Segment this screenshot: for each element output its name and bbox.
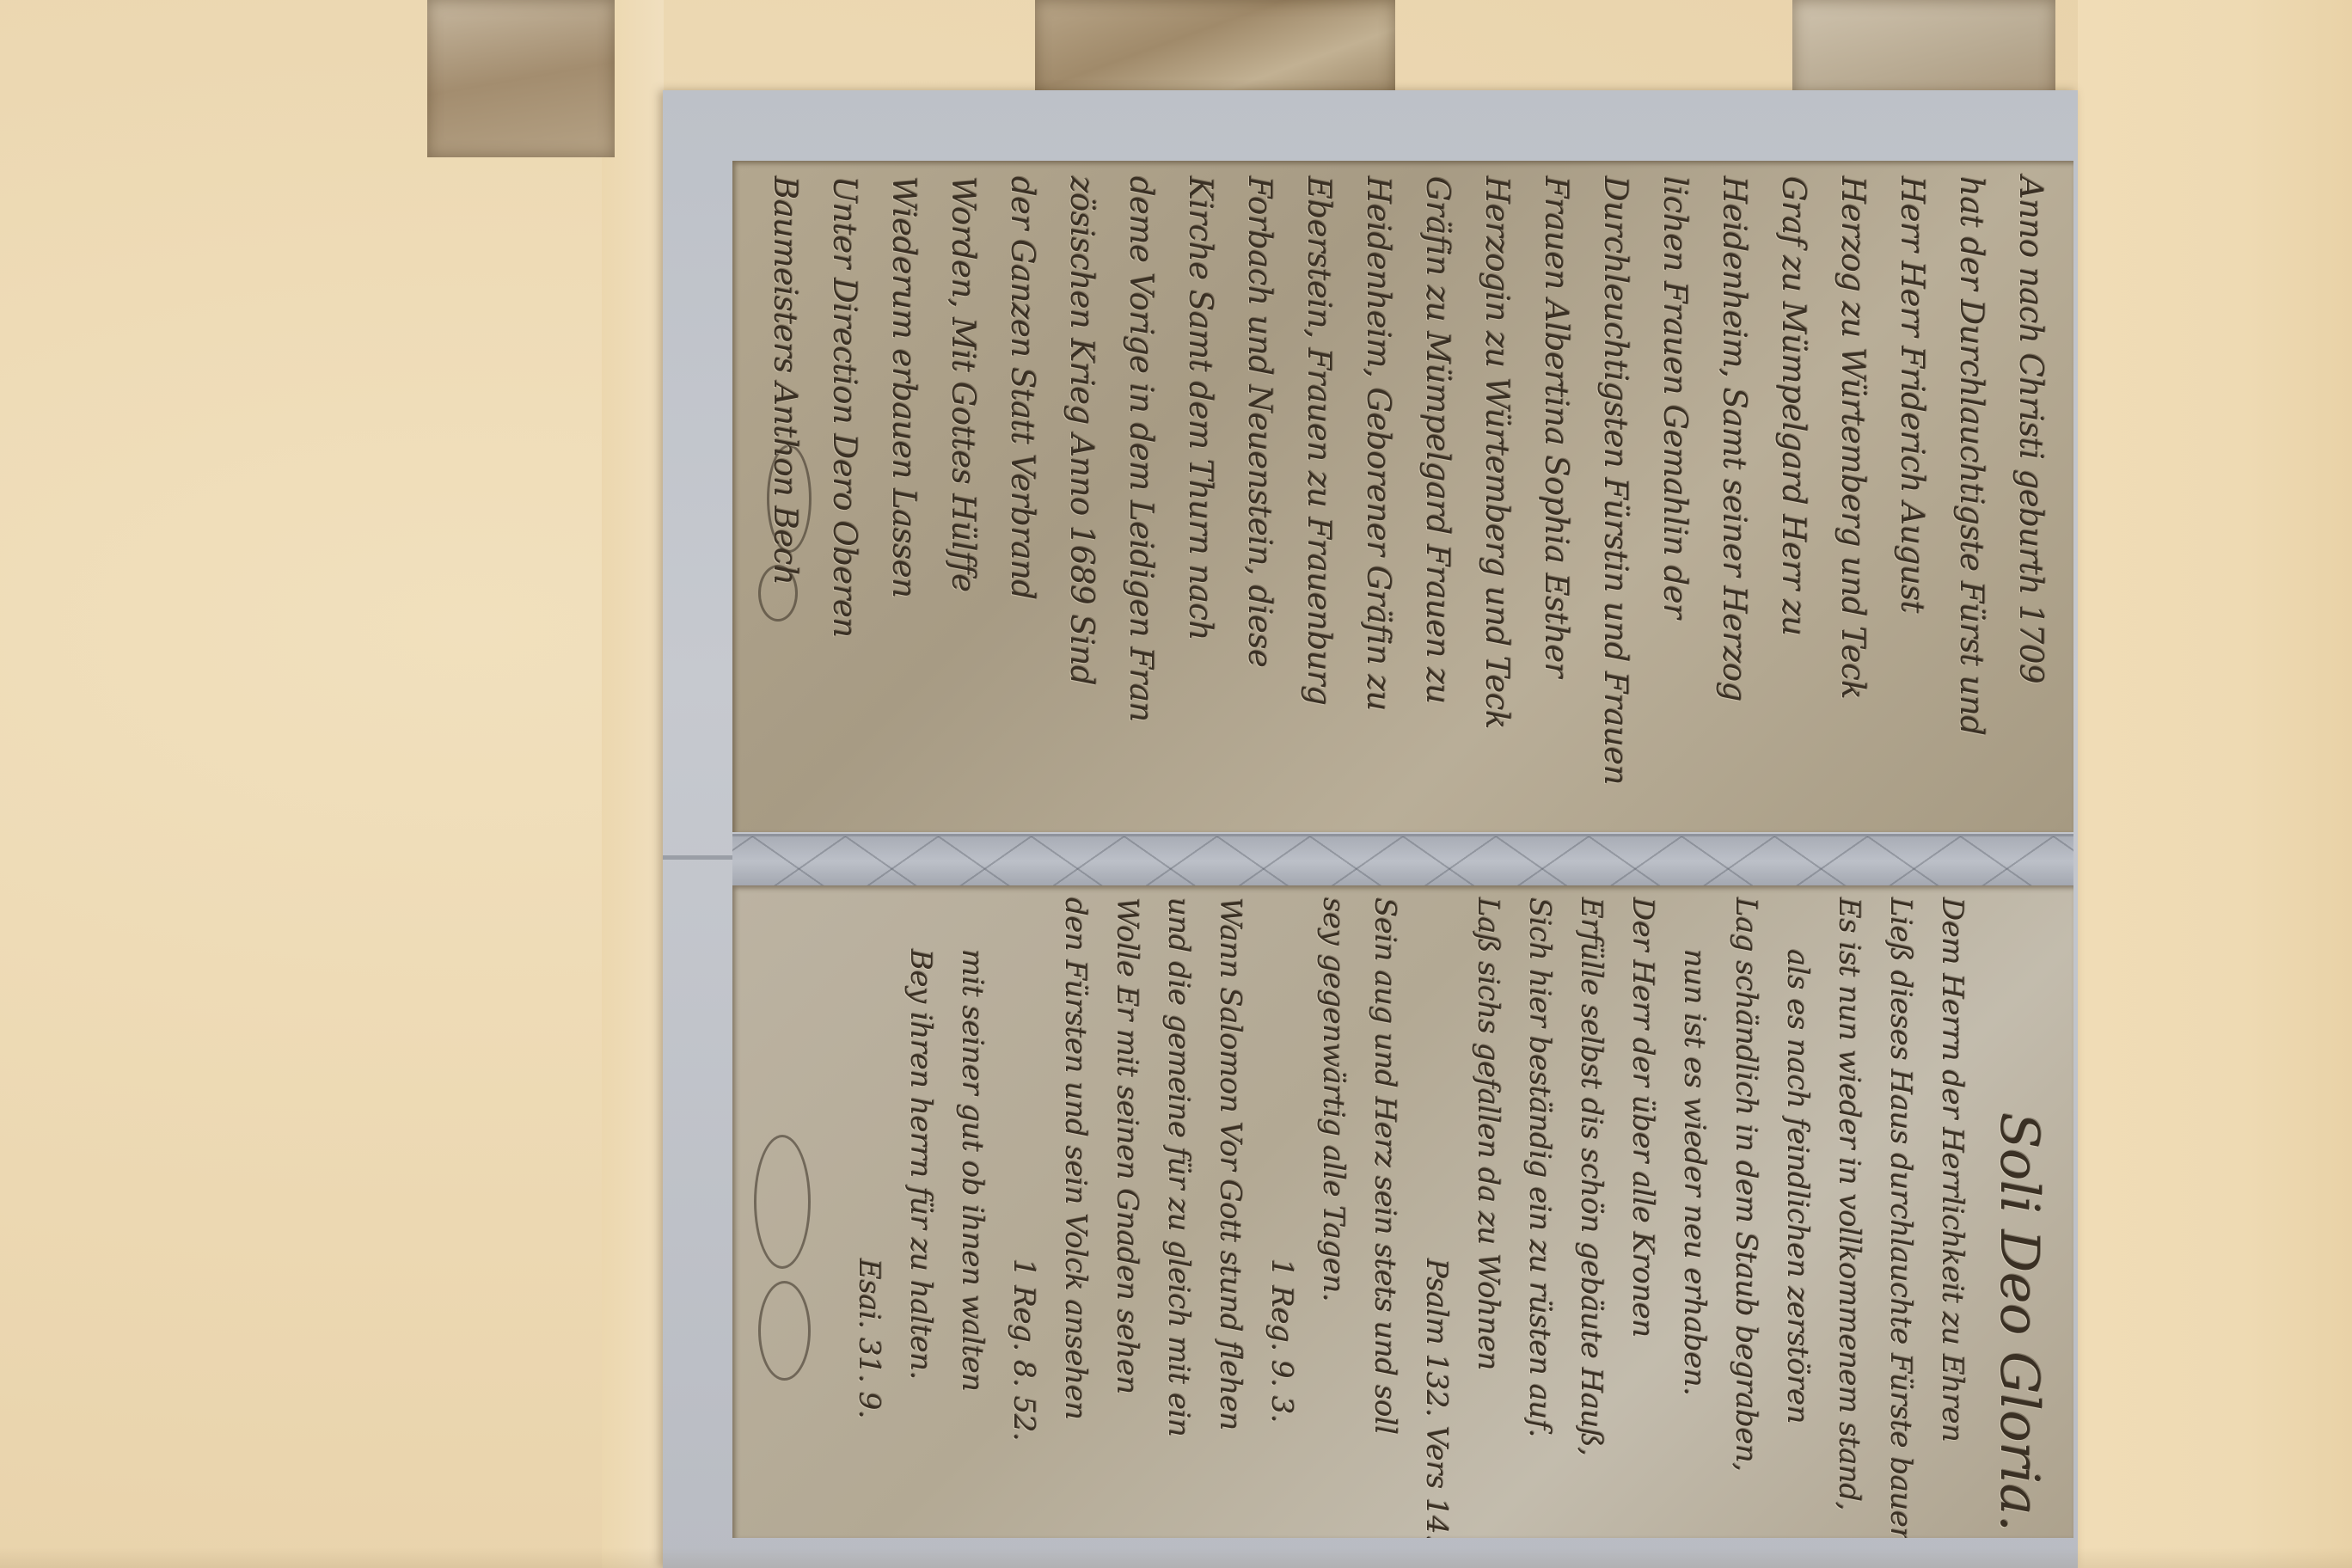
inscription-line: nun ist es wieder neu erhaben. [1669,897,1720,1534]
inscription-line: Sein aug und Herz sein stets und soll [1359,897,1411,1534]
frame-seam [663,855,732,860]
inscription-line: Eberstein, Frauen zu Frauenburg [1289,176,1349,830]
inscription-line: Dem Herrn der Herrlichkeit zu Ehren [1926,897,1978,1534]
inscription-line: den Fürsten und sein Volck ansehen [1050,897,1101,1534]
inscription-line: Kirche Samt dem Thurn nach [1171,176,1230,830]
inscription-line: Durchleuchtigsten Fürstin und Frauen [1586,176,1645,830]
inscription-line: Unter Direction Dero Oberen [815,176,874,830]
scripture-reference: 1 Reg. 9. 3. [1256,897,1308,1534]
inscription-line: zösischen Krieg Anno 1689 Sind [1052,176,1112,830]
inscription-line: und die gemeine für zu gleich mit ein [1153,897,1204,1534]
inscription-line: Herzogin zu Würtemberg und Teck [1467,176,1527,830]
lower-inscription-text: Soli Deo Gloria. Dem Herrn der Herrlichk… [843,897,2061,1534]
inscription-line: Wann Salomon Vor Gott stund flehen [1204,897,1256,1534]
inscription-line: Lag schändlich in dem Staub begraben, [1720,897,1772,1534]
inscription-line: lichen Frauen Gemahlin der [1645,176,1705,830]
inscription-line: Laß sichs gefallen da zu Wohnen [1462,897,1514,1534]
plaster-wall-right [2078,0,2352,1568]
inscription-line: Der Herr der über alle Kronen [1617,897,1669,1534]
laurel-divider-band [732,834,2073,889]
inscription-plaque: Anno nach Christi geburth 1709 hat der D… [663,90,2078,1568]
inscription-line: der Ganzen Statt Verbrand [993,176,1052,830]
inscription-line: Es ist nun wieder in vollkommenem stand, [1823,897,1875,1534]
ground-shadow [0,1547,2352,1568]
scripture-reference: Psalm 132. Vers 14. [1411,897,1462,1534]
inscription-line: als es nach feindlichen zerstören [1772,897,1823,1534]
inscription-line: Worden, Mit Gottes Hülffe [934,176,993,830]
scripture-reference: 1 Reg. 8. 52. [998,897,1050,1534]
inscription-line: Gräfin zu Mümpelgard Frauen zu [1408,176,1467,830]
inscription-line: Sich hier beständig ein zu rüsten auf. [1514,897,1565,1534]
inscription-line: Heidenheim, Samt seiner Herzog [1705,176,1764,830]
wall-stone-block [1035,0,1395,97]
inscription-line: Heidenheim, Geborener Gräfin zu [1349,176,1408,830]
inscription-line: Wiederum erbauen Lassen [874,176,934,830]
inscription-title: Soli Deo Gloria. [1978,897,2061,1534]
inscription-line: sey gegenwärtig alle Tagen. [1308,897,1359,1534]
inscription-line: Frauen Albertina Sophia Esther [1527,176,1586,830]
inscription-line: Erfülle selbst dis schön gebäute Hauß, [1565,897,1617,1534]
inscription-line: Bey ihren herrn für zu halten. [895,897,946,1534]
inscription-line: Herzog zu Würtemberg und Teck [1823,176,1883,830]
inscription-line: deme Vorige in dem Leidigen Fran [1112,176,1171,830]
inscription-line: Baumeisters Anthon Bech [756,176,815,830]
upper-inscription-panel: Anno nach Christi geburth 1709 hat der D… [732,161,2073,832]
scripture-reference: Esai. 31. 9. [843,897,895,1534]
inscription-line: Graf zu Mümpelgard Herr zu [1764,176,1823,830]
flourish-ornament-icon [758,1281,811,1381]
inscription-line: Ließ dieses Haus durchlauchte Fürste bau… [1875,897,1926,1534]
lower-inscription-panel: Soli Deo Gloria. Dem Herrn der Herrlichk… [732,885,2073,1538]
inscription-line: mit seiner gut ob ihnen walten [946,897,998,1534]
flourish-ornament-icon [754,1135,811,1269]
inscription-line: Wolle Er mit seinen Gnaden sehen [1101,897,1153,1534]
wall-stone-block [427,0,615,157]
upper-inscription-text: Anno nach Christi geburth 1709 hat der D… [756,176,2061,830]
plaster-wall-edge [602,0,664,1568]
inscription-line: Herr Herr Friderich August [1883,176,1942,830]
inscription-line: Forbach und Neuenstein, diese [1230,176,1289,830]
inscription-line: hat der Durchlauchtigste Fürst und [1942,176,2001,830]
inscription-line: Anno nach Christi geburth 1709 [2001,176,2061,830]
